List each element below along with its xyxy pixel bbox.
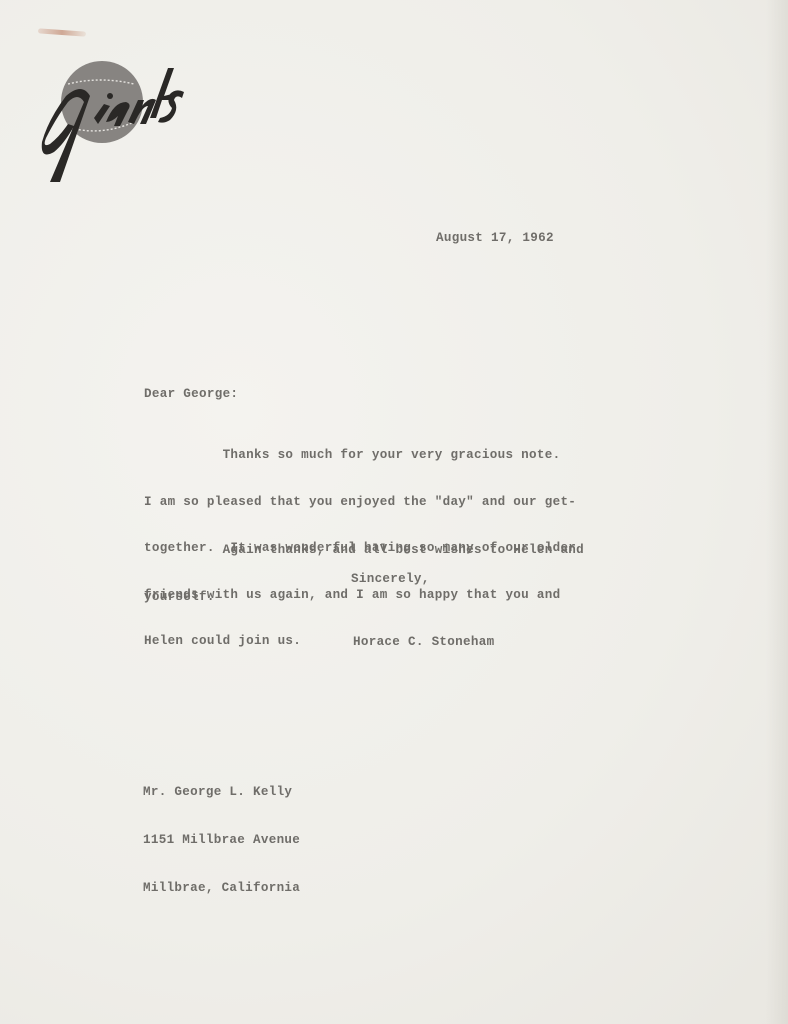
giants-logo	[38, 40, 188, 190]
recipient-address: Mr. George L. Kelly 1151 Millbrae Avenue…	[143, 752, 300, 912]
body-line: yourself.	[144, 590, 584, 606]
letter-date: August 17, 1962	[436, 231, 554, 247]
recipient-name: Mr. George L. Kelly	[143, 784, 300, 800]
body-line: Thanks so much for your very gracious no…	[144, 448, 576, 464]
salutation: Dear George:	[144, 387, 238, 403]
body-line: Again thanks, and all best wishes to Hel…	[144, 543, 584, 559]
paper-edge-shadow	[766, 0, 788, 1024]
recipient-city: Millbrae, California	[143, 880, 300, 896]
body-paragraph-2: Again thanks, and all best wishes to Hel…	[144, 512, 584, 621]
closing: Sincerely,	[351, 572, 430, 588]
recipient-street: 1151 Millbrae Avenue	[143, 832, 300, 848]
body-line: I am so pleased that you enjoyed the "da…	[144, 495, 576, 511]
signature-name: Horace C. Stoneham	[353, 635, 494, 651]
